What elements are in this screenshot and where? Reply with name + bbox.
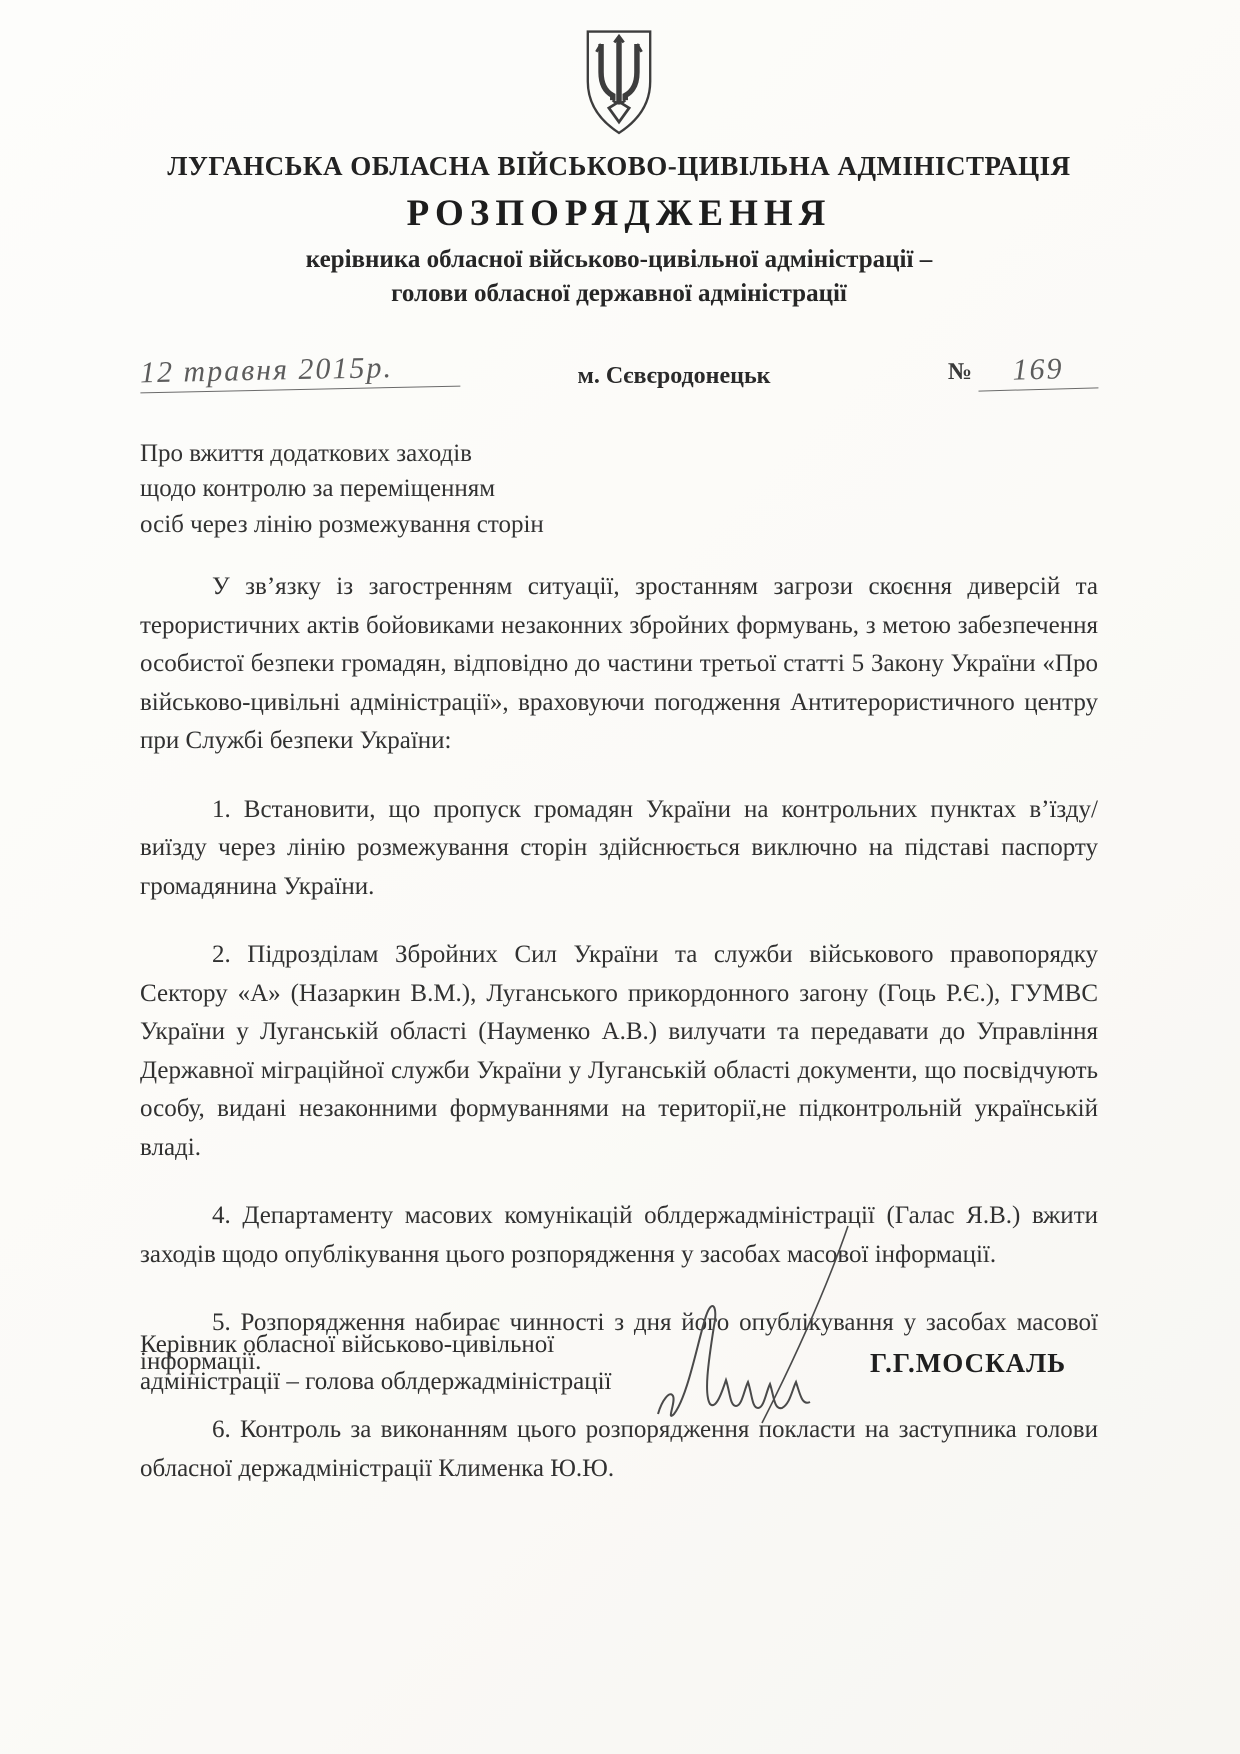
number-sign: № — [948, 359, 972, 385]
handwritten-date: 12 травня 2015р. — [140, 349, 461, 393]
document-type-title: РОЗПОРЯДЖЕННЯ — [140, 192, 1098, 235]
signature-block: Керівник обласної військово-цивільної ад… — [140, 1298, 1098, 1428]
order-item-2: 2. Підрозділам Збройних Сил України та с… — [140, 936, 1098, 1167]
order-item-1: 1. Встановити, що пропуск громадян Украї… — [140, 791, 1098, 907]
organization-name: ЛУГАНСЬКА ОБЛАСНА ВІЙСЬКОВО-ЦИВІЛЬНА АДМ… — [140, 151, 1098, 182]
document-number: № 169 — [888, 353, 1098, 390]
document-page: ЛУГАНСЬКА ОБЛАСНА ВІЙСЬКОВО-ЦИВІЛЬНА АДМ… — [0, 0, 1240, 1754]
ukraine-trident-emblem-icon — [580, 28, 658, 143]
city-name: м. Сєвєродонецьк — [460, 363, 888, 390]
subject-line: осіб через лінію розмежування сторін — [140, 507, 700, 543]
signatory-name: Г.Г.МОСКАЛЬ — [870, 1348, 1098, 1379]
subject-line: Про вжиття додаткових заходів — [140, 436, 700, 472]
document-subtitle-line1: керівника обласної військово-цивільної а… — [140, 243, 1098, 277]
order-item-4: 4. Департаменту масових комунікацій облд… — [140, 1197, 1098, 1274]
subject-line: щодо контролю за переміщенням — [140, 471, 700, 507]
intro-paragraph: У зв’язку із загостренням ситуації, зрос… — [140, 568, 1098, 761]
document-subtitle-line2: голови обласної державної адміністрації — [140, 277, 1098, 311]
handwritten-signature-icon — [640, 1298, 870, 1428]
handwritten-number: 169 — [978, 351, 1099, 391]
signatory-title: Керівник обласної військово-цивільної ад… — [140, 1326, 640, 1401]
document-meta-row: 12 травня 2015р. м. Сєвєродонецьк № 169 — [140, 353, 1098, 390]
document-subject: Про вжиття додаткових заходів щодо контр… — [140, 436, 700, 543]
